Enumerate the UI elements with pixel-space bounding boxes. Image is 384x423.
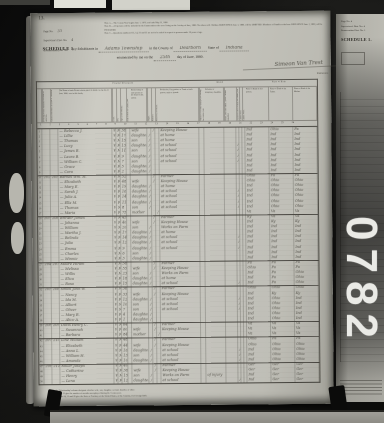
census-table: Personal Description Health Place of Bir… — [36, 79, 321, 386]
birthplace-mother: Ger — [295, 377, 319, 382]
county-handwritten: Dearborn — [174, 46, 207, 52]
page-no-value: 33 — [57, 29, 62, 33]
col-family: Families numbered in order of visitation… — [50, 89, 58, 122]
scanned-census-microfilm-frame: 13. Page No. 33 Supervisor's Dist. No. 4… — [0, 0, 384, 423]
col-birthplace-mother: Place of Birth of the Mother. — [293, 87, 317, 120]
col-months-unemployed: Number of months unemployed during the c… — [199, 88, 204, 121]
top-page-fragment — [112, 0, 190, 10]
table-row: 50 — Lena W F 12 daughter / at school / … — [39, 377, 319, 385]
census-page: 13. Page No. 33 Supervisor's Dist. No. 4… — [30, 11, 333, 407]
enumerated-text: enumerated by me on the — [117, 55, 153, 59]
relationship: daughter — [132, 379, 149, 384]
schedule-label: SCHEDULE 1. — [43, 46, 75, 51]
schedule-part3: State of — [208, 46, 219, 50]
footnote-3: ‡ In columns 24, 25 and 26 give the Stat… — [52, 395, 287, 400]
col-dwelling: Dwelling houses numbered in order of vis… — [42, 89, 50, 122]
page-edge-curl — [9, 173, 24, 213]
top-page-fragment — [0, 0, 50, 5]
page-no-label: Page No. — [43, 30, 53, 33]
township-handwritten: Adams Township — [99, 46, 149, 52]
col-birthplace-self: Place of Birth of this person. — [245, 87, 269, 120]
top-page-fragment — [54, 0, 106, 8]
col-sickness: Sickness or temporary disability. — [204, 88, 224, 121]
group-health: Health — [197, 81, 243, 83]
supervisor-dist-label: Supervisor's Dist. No. — [44, 39, 68, 42]
note-c: Note C.—Questions numbered 13, 14, 22 an… — [104, 31, 322, 36]
group-place-of-birth: Place of Birth — [243, 81, 315, 84]
col-cannot-write: Cannot write. — [242, 87, 245, 120]
family-number — [52, 379, 60, 384]
col-disabilities: Blind. Deaf and dumb. Idiotic. Insane. D… — [224, 88, 236, 121]
form-footnotes: * In the 'Relationship' column designate… — [52, 388, 287, 400]
enumeration-date-line: enumerated by me on the 25th day of June… — [117, 55, 204, 61]
lower-page-edge — [50, 410, 384, 423]
attended-school-mark: / — [238, 378, 241, 383]
disability-cells — [226, 378, 238, 383]
col-relationship: Relationship of each person to the head … — [130, 88, 147, 121]
col-born-within-year: Born within the census year. — [126, 88, 130, 121]
binding-clip — [328, 385, 347, 412]
state-handwritten: Indiana — [220, 45, 249, 51]
page-corner-number: 13. — [38, 16, 44, 21]
schedule-part1: —Inhabitants in — [75, 47, 98, 51]
day-handwritten: 25th — [154, 55, 176, 61]
group-personal-description: Personal Description — [103, 82, 143, 84]
sickness — [206, 378, 226, 383]
dwelling-number — [44, 379, 52, 384]
schedule-part2: in the County of — [149, 46, 173, 50]
census-rows: 1 — Rebecca J. W F 38 wife / Keeping Hou… — [37, 127, 319, 385]
birthplace-self: Ind — [247, 378, 271, 383]
form-notes: Note A.—The Census Year begins June 1, 1… — [104, 21, 322, 37]
table-header-row: Dwelling houses numbered in order of vis… — [37, 87, 317, 122]
enumerator-title: Enumerator. — [317, 72, 329, 75]
page-edge-curl — [11, 222, 24, 254]
col-widowed: Widowed, Divorced. — [155, 88, 159, 121]
birthplace-father: Ger — [271, 377, 295, 382]
schedule-title-line: SCHEDULE 1.—Inhabitants in Adams Townshi… — [43, 44, 328, 52]
date-text: day of June, 1880. — [177, 55, 203, 59]
occupation: at school — [161, 378, 201, 383]
person-name: — Lena — [60, 379, 114, 385]
col-occupation: Profession, Occupation, or Trade of each… — [159, 88, 199, 121]
col-birthplace-father: Place of Birth of the Father. — [269, 87, 293, 120]
frame-number-stamp: 0782 — [336, 216, 384, 346]
col-name: The Name of each Person whose place of a… — [58, 89, 112, 122]
